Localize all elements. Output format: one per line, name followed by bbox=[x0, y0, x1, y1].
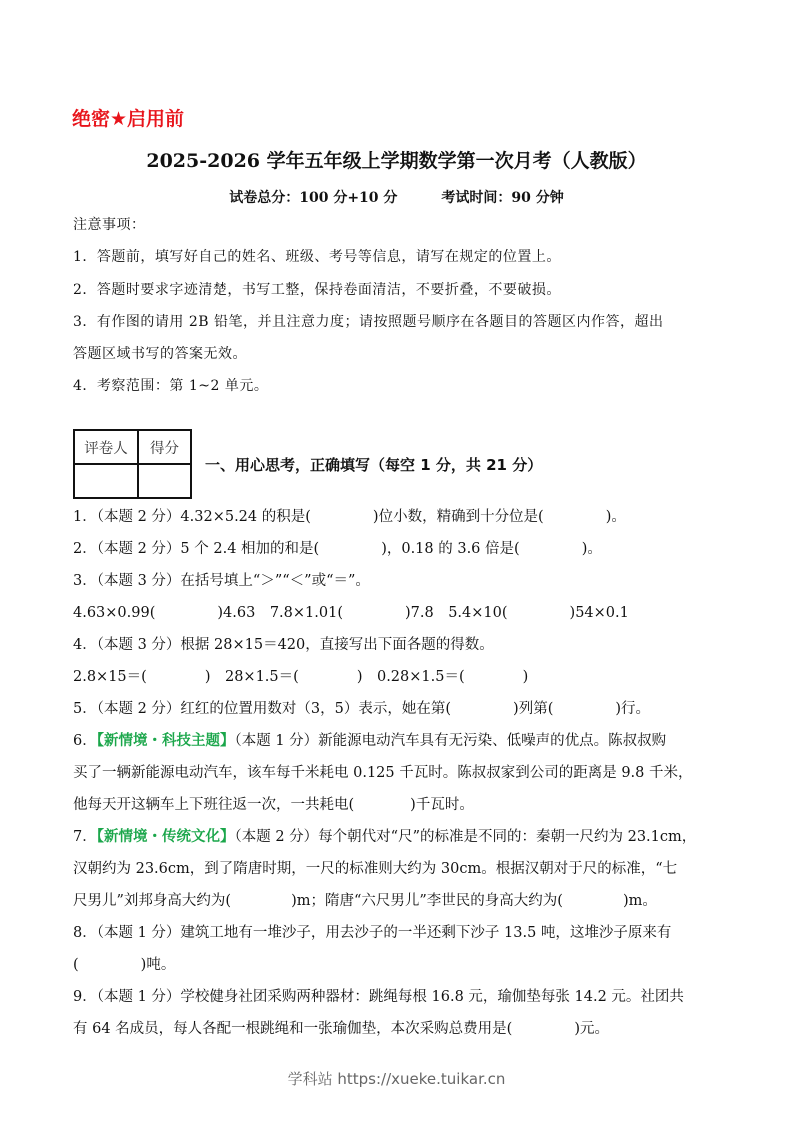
question-6-line-2: 买了一辆新能源电动汽车，该车每千米耗电 0.125 千瓦时。陈叔叔家到公司的距离… bbox=[73, 763, 693, 783]
question-6-line-1: 6．【新情境・科技主题】（本题 1 分）新能源电动汽车具有无污染、低噪声的优点。… bbox=[73, 731, 666, 751]
question-9-line-1: 9．（本题 1 分）学校健身社团采购两种器材：跳绳每根 16.8 元，瑜伽垫每张… bbox=[73, 987, 684, 1007]
section-title: 一、用心思考，正确填写（每空 1 分，共 21 分） bbox=[205, 454, 542, 475]
question-3-stem: 3．（本题 3 分）在括号填上“＞”“＜”或“＝”。 bbox=[73, 571, 370, 591]
question-8-line-2: ()吨。 bbox=[73, 955, 175, 975]
question-7-line-3: 尺男儿”刘邦身高大约为()m；隋唐“六尺男儿”李世民的身高大约为()m。 bbox=[73, 891, 657, 911]
notice-item-2: 2．答题时要求字迹清楚，书写工整，保持卷面清洁，不要折叠，不要破损。 bbox=[73, 280, 561, 300]
context-tag: 【新情境・传统文化】 bbox=[97, 829, 235, 845]
score-header: 得分 bbox=[138, 430, 191, 464]
notice-item-3-cont: 答题区域书写的答案无效。 bbox=[73, 344, 247, 364]
question-5: 5．（本题 2 分）红红的位置用数对（3，5）表示，她在第()列第()行。 bbox=[73, 699, 650, 719]
grader-cell[interactable] bbox=[74, 464, 138, 498]
exam-title: 2025-2026 学年五年级上学期数学第一次月考（人教版） bbox=[0, 146, 793, 173]
notice-item-1: 1．答题前，填写好自己的姓名、班级、考号等信息，请写在规定的位置上。 bbox=[73, 247, 561, 267]
exam-time: 考试时间：90 分钟 bbox=[441, 187, 563, 207]
notice-item-4: 4．考察范围：第 1~2 单元。 bbox=[73, 376, 268, 396]
notice-heading: 注意事项： bbox=[73, 215, 146, 235]
footer-watermark: 学科站 https://xueke.tuikar.cn bbox=[0, 1068, 793, 1089]
question-4-stem: 4．（本题 3 分）根据 28×15＝420，直接写出下面各题的得数。 bbox=[73, 635, 494, 655]
question-7-line-2: 汉朝约为 23.6cm，到了隋唐时期，一尺的标准则大约为 30cm。根据汉朝对于… bbox=[73, 859, 677, 879]
question-3-items: 4.63×0.99()4.63 7.8×1.01()7.8 5.4×10()54… bbox=[73, 603, 629, 623]
question-2: 2．（本题 2 分）5 个 2.4 相加的和是()，0.18 的 3.6 倍是(… bbox=[73, 539, 602, 559]
score-table: 评卷人 得分 bbox=[73, 429, 192, 499]
question-1: 1．（本题 2 分）4.32×5.24 的积是()位小数，精确到十分位是()。 bbox=[73, 507, 626, 527]
question-9-line-2: 有 64 名成员，每人各配一根跳绳和一张瑜伽垫，本次采购总费用是()元。 bbox=[73, 1019, 609, 1039]
confidential-label: 绝密★启用前 bbox=[72, 104, 184, 131]
exam-meta: 试卷总分：100 分+10 分考试时间：90 分钟 bbox=[0, 187, 793, 207]
context-tag: 【新情境・科技主题】 bbox=[97, 733, 235, 749]
notice-item-3: 3．有作图的请用 2B 铅笔，并且注意力度；请按照题号顺序在各题目的答题区内作答… bbox=[73, 312, 664, 332]
grader-header: 评卷人 bbox=[74, 430, 138, 464]
question-6-line-3: 他每天开这辆车上下班往返一次，一共耗电()千瓦时。 bbox=[73, 795, 474, 815]
question-8-line-1: 8．（本题 1 分）建筑工地有一堆沙子，用去沙子的一半还剩下沙子 13.5 吨，… bbox=[73, 923, 671, 943]
total-score: 试卷总分：100 分+10 分 bbox=[229, 187, 397, 207]
question-4-items: 2.8×15＝() 28×1.5＝() 0.28×1.5＝() bbox=[73, 667, 528, 687]
question-7-line-1: 7．【新情境・传统文化】（本题 2 分）每个朝代对“尺”的标准是不同的：秦朝一尺… bbox=[73, 827, 696, 847]
score-cell[interactable] bbox=[138, 464, 191, 498]
